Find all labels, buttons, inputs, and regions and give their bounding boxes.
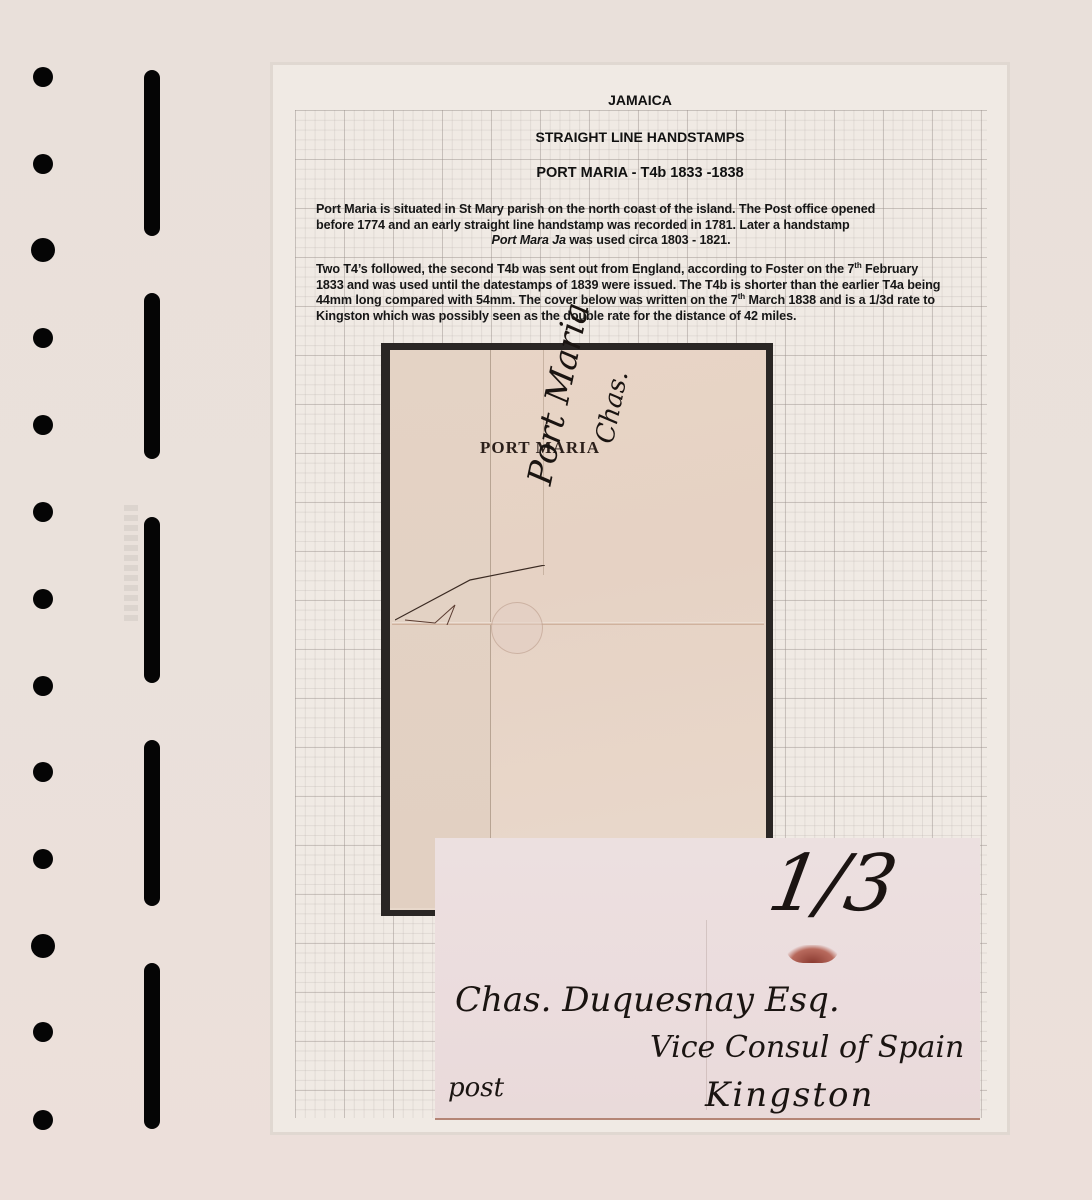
binder-slot-icon <box>144 740 160 906</box>
address-city: Kingston <box>705 1075 874 1115</box>
address-title: Vice Consul of Spain <box>650 1030 964 1065</box>
wax-seal-remnant <box>491 602 543 654</box>
binder-hole-icon <box>33 589 53 609</box>
binder-slot-icon <box>144 517 160 683</box>
country-heading: JAMAICA <box>270 92 1010 108</box>
binder-hole-icon <box>33 1110 53 1130</box>
binder-hole-icon <box>33 67 53 87</box>
binder-hole-icon <box>33 415 53 435</box>
paragraph-1-line-3: Port Mara Ja was used circa 1803 - 1821. <box>316 233 946 249</box>
binder-slot-icon <box>144 70 160 236</box>
binder-hole-icon <box>31 238 55 262</box>
page-title: PORT MARIA - T4b 1833 -1838 <box>270 165 1010 181</box>
description-paragraph-1: Port Maria is situated in St Mary parish… <box>316 202 946 249</box>
binder-hole-icon <box>33 762 53 782</box>
binder-hole-icon <box>31 934 55 958</box>
binder-hole-icon <box>33 502 53 522</box>
binder-hole-icon <box>33 849 53 869</box>
binder-slot-icon <box>144 963 160 1129</box>
binder-hole-icon <box>33 676 53 696</box>
letter-side-flap <box>390 350 491 908</box>
subject-heading: STRAIGHT LINE HANDSTAMPS <box>270 129 1010 145</box>
binder-hole-icon <box>33 154 53 174</box>
rate-marking: 1/3 <box>763 845 902 923</box>
paragraph-1-line-1: Port Maria is situated in St Mary parish… <box>316 202 875 216</box>
binder-hole-icon <box>33 328 53 348</box>
binder-hole-icon <box>33 1022 53 1042</box>
description-paragraph-2: Two T4’s followed, the second T4b was se… <box>316 262 946 324</box>
handstamp-name-italic: Port Mara Ja <box>492 233 566 247</box>
binder-slot-icon <box>144 293 160 459</box>
show-through-text <box>124 505 138 625</box>
address-addressee: Chas. Duquesnay Esq. <box>455 980 840 1020</box>
paragraph-1-line-2: before 1774 and an early straight line h… <box>316 218 850 232</box>
post-endorsement: post <box>448 1073 504 1103</box>
